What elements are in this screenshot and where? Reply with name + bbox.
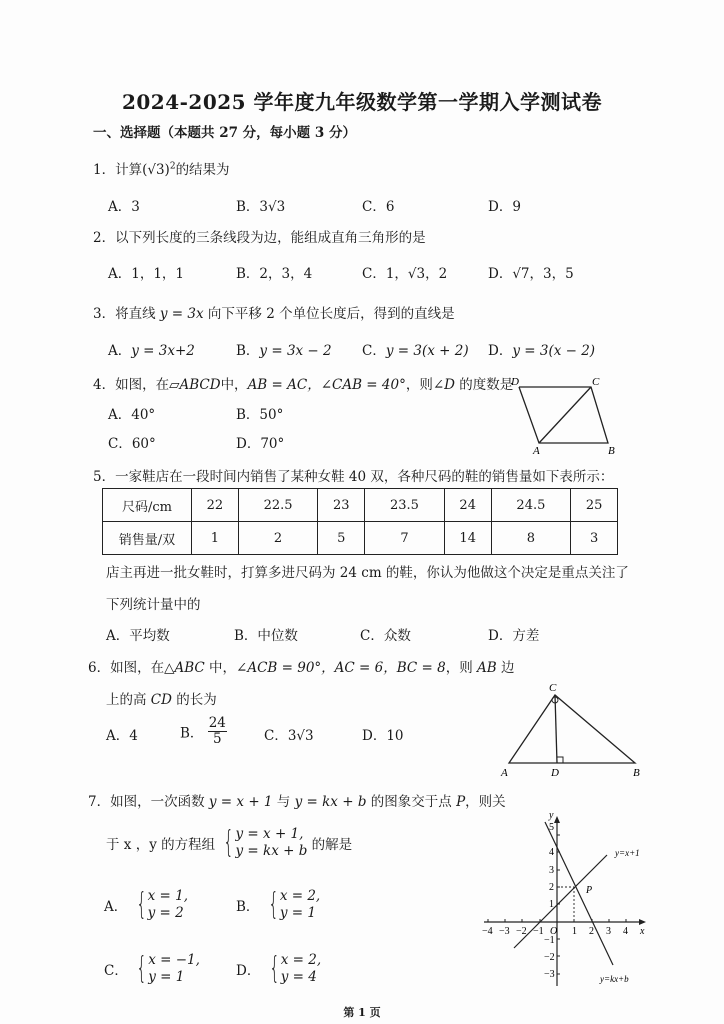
- question-3-stem: 3．将直线 y = 3x 向下平移 2 个单位长度后，得到的直线是: [93, 302, 455, 322]
- q7-option-d: D． {x = 2,y = 4: [236, 952, 321, 986]
- q1-option-c: C．6: [362, 195, 394, 215]
- page-number: 第 1 页: [0, 1004, 724, 1020]
- svg-text:4: 4: [549, 847, 554, 858]
- table-row-sales: 销售量/双 1 2 5 7 14 8 3: [103, 522, 618, 555]
- table-row-sizes: 尺码/cm 22 22.5 23 23.5 24 24.5 25: [103, 489, 618, 522]
- q1-option-a: A．3: [108, 195, 140, 215]
- table-cell: 23: [318, 489, 365, 522]
- shoe-size-sales-table: 尺码/cm 22 22.5 23 23.5 24 24.5 25 销售量/双 1…: [102, 488, 618, 555]
- q7-option-c: C． {x = −1,y = 1: [104, 952, 200, 986]
- q3-option-d: D．y = 3(x − 2): [488, 339, 595, 359]
- question-5-stem: 5．一家鞋店在一段时间内销售了某种女鞋 40 双，各种尺码的鞋的销售量如下表所示…: [93, 465, 613, 485]
- question-6-stem: 6．如图，在△ABC 中，∠ACB = 90°，AC = 6，BC = 8，则 …: [88, 656, 514, 676]
- q5-option-d: D．方差: [488, 624, 539, 644]
- table-cell: 25: [571, 489, 618, 522]
- question-5-stem-line3: 下列统计量中的: [106, 593, 201, 613]
- svg-text:B: B: [633, 767, 640, 779]
- q2-option-d: D．√7，3，5: [488, 262, 574, 282]
- question-1-stem: 1．计算(√3)2的结果为: [93, 158, 230, 178]
- svg-text:D: D: [510, 376, 519, 388]
- table-cell: 22: [192, 489, 239, 522]
- row-header: 尺码/cm: [103, 489, 192, 522]
- table-cell: 24: [444, 489, 491, 522]
- q5-option-c: C．众数: [360, 624, 411, 644]
- question-7-stem: 7．如图，一次函数 y = x + 1 与 y = kx + b 的图象交于点 …: [88, 790, 506, 810]
- q5-option-a: A．平均数: [106, 624, 170, 644]
- q7-option-b: B． {x = 2,y = 1: [236, 888, 320, 922]
- q6-option-d: D．10: [362, 724, 404, 744]
- svg-text:−1: −1: [544, 935, 555, 946]
- q3-option-c: C．y = 3(x + 2): [362, 339, 469, 359]
- table-cell: 22.5: [238, 489, 318, 522]
- q4-option-c: C．60°: [108, 432, 156, 452]
- svg-text:D: D: [550, 767, 559, 779]
- q3-option-b: B．y = 3x − 2: [236, 339, 332, 359]
- q5-option-b: B．中位数: [234, 624, 298, 644]
- q2-option-b: B．2，3，4: [236, 262, 312, 282]
- table-cell: 24.5: [491, 489, 571, 522]
- linear-functions-graph: −4 −3 −2 −1 O 1 2 3 4 x 5 4 3 2 1 −1 −2 …: [470, 800, 670, 1000]
- svg-text:y: y: [548, 810, 554, 821]
- q6-option-a: A．4: [106, 724, 138, 744]
- svg-text:1: 1: [572, 926, 577, 937]
- svg-text:C: C: [549, 682, 557, 694]
- question-4-stem: 4．如图，在▱ABCD中，AB = AC，∠CAB = 40°，则∠D 的度数是: [93, 373, 513, 393]
- row-header: 销售量/双: [103, 522, 192, 555]
- section-heading: 一、选择题（本题共 27 分，每小题 3 分）: [93, 121, 356, 141]
- svg-text:2: 2: [589, 926, 594, 937]
- right-triangle-figure: C A D B: [495, 680, 645, 780]
- svg-text:−2: −2: [544, 952, 555, 963]
- svg-text:A: A: [500, 767, 508, 779]
- q4-option-d: D．70°: [236, 432, 284, 452]
- svg-text:3: 3: [549, 865, 554, 876]
- question-7-stem-line2: 于 x ，y 的方程组 { y = x + 1,y = kx + b 的解是: [106, 826, 352, 860]
- q6-option-c: C．3√3: [264, 724, 314, 744]
- svg-text:A: A: [532, 445, 540, 454]
- svg-text:−2: −2: [516, 926, 527, 937]
- q4-option-b: B．50°: [236, 403, 283, 423]
- table-cell: 1: [192, 522, 239, 555]
- q4-option-a: A．40°: [108, 403, 155, 423]
- svg-text:x: x: [639, 926, 645, 937]
- parallelogram-figure: D C A B: [505, 372, 635, 454]
- svg-text:−3: −3: [499, 926, 510, 937]
- q1-option-d: D．9: [488, 195, 521, 215]
- question-6-stem-line2: 上的高 CD 的长为: [106, 688, 217, 708]
- q1-option-b: B．3√3: [236, 195, 285, 215]
- svg-text:y=kx+b: y=kx+b: [599, 974, 629, 984]
- table-cell: 3: [571, 522, 618, 555]
- svg-text:−4: −4: [482, 926, 493, 937]
- table-cell: 8: [491, 522, 571, 555]
- table-cell: 14: [444, 522, 491, 555]
- q3-option-a: A．y = 3x+2: [108, 339, 195, 359]
- q7-option-a: A． {x = 1,y = 2: [104, 888, 188, 922]
- svg-text:y=x+1: y=x+1: [614, 848, 640, 858]
- question-5-stem-line2: 店主再进一批女鞋时，打算多进尺码为 24 cm 的鞋，你认为他做这个决定是重点关…: [106, 561, 629, 581]
- fraction: 245: [208, 716, 227, 747]
- q2-option-a: A．1，1，1: [108, 262, 184, 282]
- svg-text:2: 2: [549, 882, 554, 893]
- svg-text:B: B: [608, 445, 615, 454]
- svg-text:C: C: [592, 376, 600, 388]
- svg-text:−3: −3: [544, 969, 555, 980]
- question-2-stem: 2．以下列长度的三条线段为边，能组成直角三角形的是: [93, 226, 426, 246]
- exam-title: 2024-2025 学年度九年级数学第一学期入学测试卷: [0, 86, 724, 115]
- q2-option-c: C．1，√3，2: [362, 262, 447, 282]
- table-cell: 5: [318, 522, 365, 555]
- svg-text:3: 3: [606, 926, 611, 937]
- table-cell: 7: [365, 522, 445, 555]
- svg-text:P: P: [585, 885, 592, 896]
- table-cell: 2: [238, 522, 318, 555]
- equation-system: { y = x + 1,y = kx + b: [219, 826, 307, 860]
- svg-text:4: 4: [623, 926, 628, 937]
- q6-option-b: B． 245: [180, 716, 227, 747]
- table-cell: 23.5: [365, 489, 445, 522]
